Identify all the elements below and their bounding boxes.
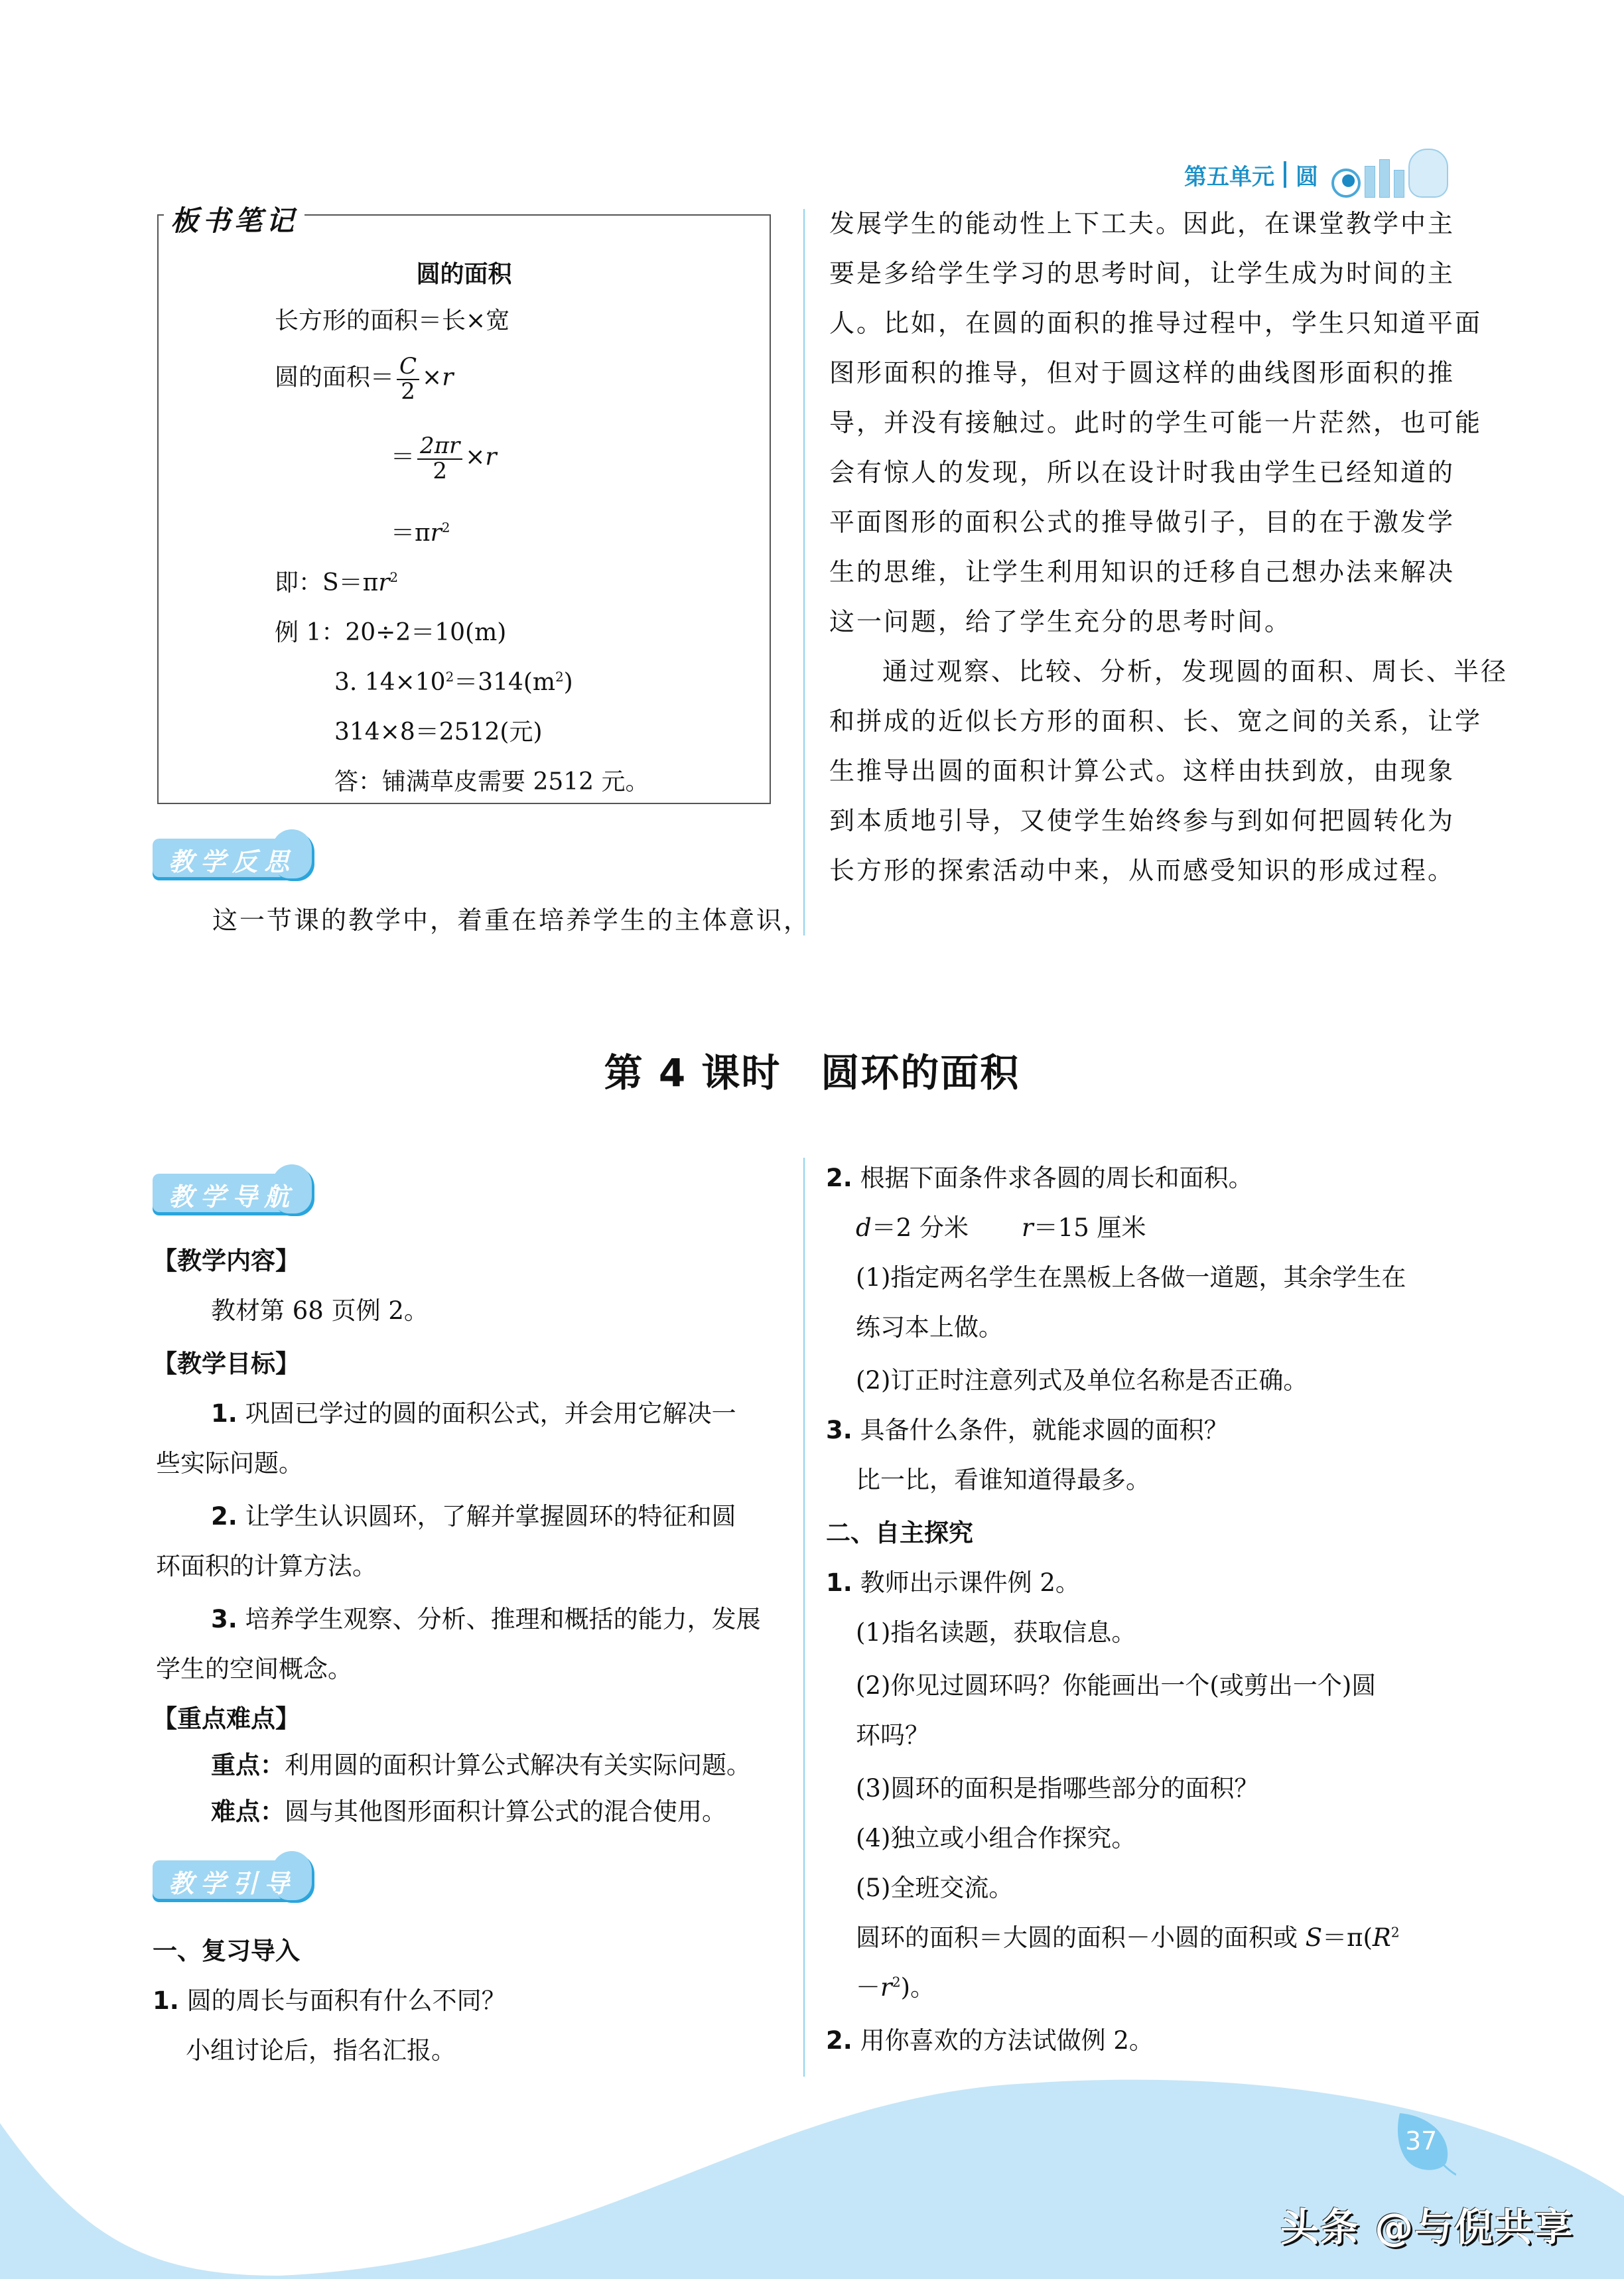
s1-question-3: 3. 具备什么条件，就能求圆的面积？ <box>826 1410 1229 1446</box>
annulus-formula-cont: －r2)。 <box>856 1967 935 2003</box>
guide-badge: 教学引导 <box>153 1851 312 1899</box>
s1-q2-sub1: (1)指定两名学生在黑板上各做一道题，其余学生在 <box>856 1257 1406 1293</box>
key-heading: 【重点难点】 <box>153 1698 300 1734</box>
content-text: 教材第 68 页例 2。 <box>211 1290 429 1326</box>
s2-sub5: (5)全班交流。 <box>856 1868 1013 1903</box>
header-separator <box>1284 161 1286 188</box>
book-icon <box>1365 166 1375 198</box>
board-notes-tag: 板书笔记 <box>164 199 304 239</box>
reflection-right-text: 发展学生的能动性上下工夫。因此，在课堂教学中主 要是多给学生学习的思考时间，让学… <box>829 199 1508 896</box>
s1-question-2: 2. 根据下面条件求各圆的周长和面积。 <box>826 1158 1253 1194</box>
header-decoration <box>1331 151 1448 198</box>
goal-3-cont: 学生的空间概念。 <box>156 1649 352 1685</box>
s2-sub3: (3)圆环的面积是指哪些部分的面积？ <box>856 1768 1258 1804</box>
calc-line-2: 314×8＝2512(元) <box>334 713 543 747</box>
s1-q2-sub1-cont: 练习本上做。 <box>856 1307 1003 1343</box>
soccer-ball-icon <box>1331 169 1361 198</box>
s2-question-1: 1. 教师出示课件例 2。 <box>826 1562 1080 1598</box>
goals-heading: 【教学目标】 <box>153 1344 300 1379</box>
formula-s: 即：S＝πr2 <box>275 564 398 598</box>
lesson-title: 第 4 课时 圆环的面积 <box>0 1042 1624 1097</box>
watermark: 头条 @与倪共享 <box>1280 2196 1574 2252</box>
s2-sub1: (1)指名读题，获取信息。 <box>856 1612 1136 1648</box>
calc-line-1: 3. 14×102＝314(m2) <box>334 663 573 697</box>
formula-circle-area: 圆的面积＝C2×r <box>275 355 453 403</box>
fraction: C2 <box>397 355 419 403</box>
s2-sub2-cont: 环吗？ <box>856 1715 929 1751</box>
board-notes-box: 圆的面积 长方形的面积＝长×宽 圆的面积＝C2×r ＝2πr2×r ＝πr2 即… <box>157 214 771 804</box>
s2-sub4: (4)独立或小组合作探究。 <box>856 1818 1136 1854</box>
page-number: 37 <box>1405 2126 1437 2156</box>
unit-label: 第五单元 <box>1184 159 1274 191</box>
goal-2: 2. 让学生认识圆环，了解并掌握圆环的特征和圆 <box>211 1496 736 1532</box>
example-1: 例 1：20÷2＝10(m) <box>275 614 506 648</box>
goal-3: 3. 培养学生观察、分析、推理和概括的能力，发展 <box>211 1599 761 1635</box>
s1-q2-sub2: (2)订正时注意列式及单位名称是否正确。 <box>856 1360 1308 1396</box>
goal-2-cont: 环面积的计算方法。 <box>156 1546 377 1582</box>
s1-question-1: 1. 圆的周长与面积有什么不同？ <box>153 1980 506 2016</box>
book-icon <box>1394 170 1404 198</box>
difficult-point: 难点：圆与其他图形面积计算公式的混合使用。 <box>211 1791 726 1827</box>
s1-question-2-conditions: d＝2 分米r＝15 厘米 <box>856 1208 1146 1243</box>
content-heading: 【教学内容】 <box>153 1241 300 1277</box>
unit-header: 第五单元 圆 <box>1184 151 1448 198</box>
formula-rectangle-area: 长方形的面积＝长×宽 <box>275 302 509 336</box>
reflection-badge: 教学反思 <box>153 829 312 877</box>
key-point: 重点：利用圆的面积计算公式解决有关实际问题。 <box>211 1745 751 1781</box>
nav-badge: 教学导航 <box>153 1164 312 1212</box>
reflection-left-text: 这一节课的教学中，着重在培养学生的主体意识， <box>212 896 811 945</box>
s2-sub2: (2)你见过圆环吗？你能画出一个(或剪出一个)圆 <box>856 1665 1376 1701</box>
section1-heading: 一、复习导入 <box>153 1931 300 1967</box>
answer-line: 答：铺满草皮需要 2512 元。 <box>334 763 649 797</box>
board-title: 圆的面积 <box>159 255 770 289</box>
goal-1-cont: 些实际问题。 <box>156 1443 303 1479</box>
book-icon <box>1379 159 1390 198</box>
fraction: 2πr2 <box>417 435 462 483</box>
formula-step-3: ＝πr2 <box>391 514 450 548</box>
column-divider <box>803 1158 805 2077</box>
goal-1: 1. 巩固已学过的圆的面积公式，并会用它解决一 <box>211 1393 736 1429</box>
unit-topic: 圆 <box>1296 159 1318 191</box>
column-divider <box>803 209 805 935</box>
mascot-icon <box>1408 149 1448 198</box>
section2-heading: 二、自主探究 <box>826 1513 973 1549</box>
s1-question-3-note: 比一比，看谁知道得最多。 <box>856 1460 1150 1495</box>
annulus-formula: 圆环的面积＝大圆的面积－小圆的面积或 S＝π(R2 <box>856 1917 1400 1953</box>
formula-step-2: ＝2πr2×r <box>391 435 497 483</box>
